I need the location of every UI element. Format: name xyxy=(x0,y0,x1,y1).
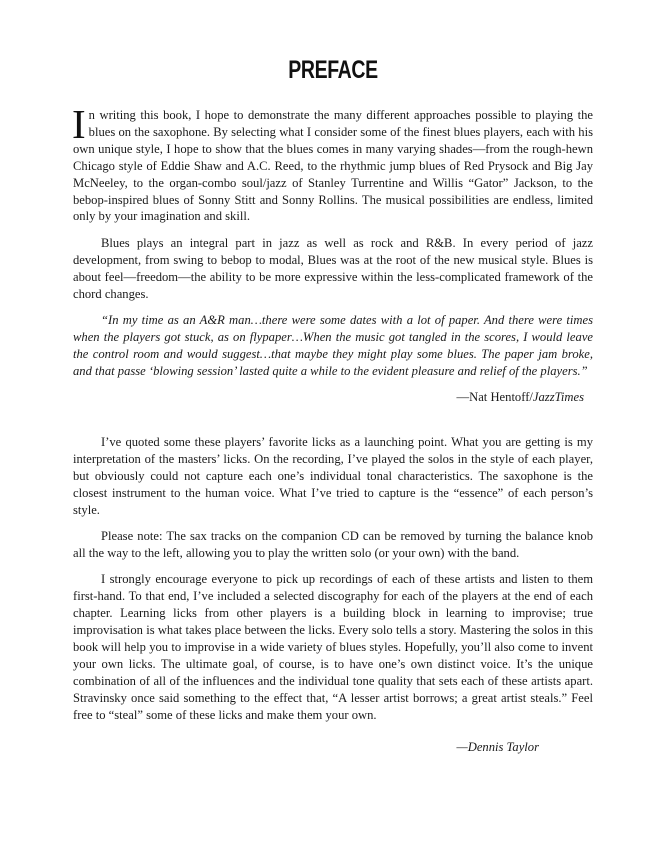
paragraph-encourage: I strongly encourage everyone to pick up… xyxy=(73,571,593,723)
page-title: PREFACE xyxy=(130,62,536,79)
paragraph-licks: I’ve quoted some these players’ favorite… xyxy=(73,434,593,519)
attribution-name: —Nat Hentoff/ xyxy=(457,390,533,404)
quote-attribution: —Nat Hentoff/JazzTimes xyxy=(73,389,584,406)
paragraph-intro: In writing this book, I hope to demonstr… xyxy=(73,107,593,225)
section-spacer xyxy=(73,406,593,434)
paragraph-cd-note: Please note: The sax tracks on the compa… xyxy=(73,528,593,562)
author-signature: —Dennis Taylor xyxy=(73,739,539,756)
paragraph-blues-role: Blues plays an integral part in jazz as … xyxy=(73,235,593,303)
attribution-source: JazzTimes xyxy=(533,390,584,404)
preface-body: In writing this book, I hope to demonstr… xyxy=(73,107,593,765)
drop-cap: I xyxy=(72,109,86,139)
block-quote: “In my time as an A&R man…there were som… xyxy=(73,312,593,380)
paragraph-intro-text: n writing this book, I hope to demonstra… xyxy=(73,108,593,223)
